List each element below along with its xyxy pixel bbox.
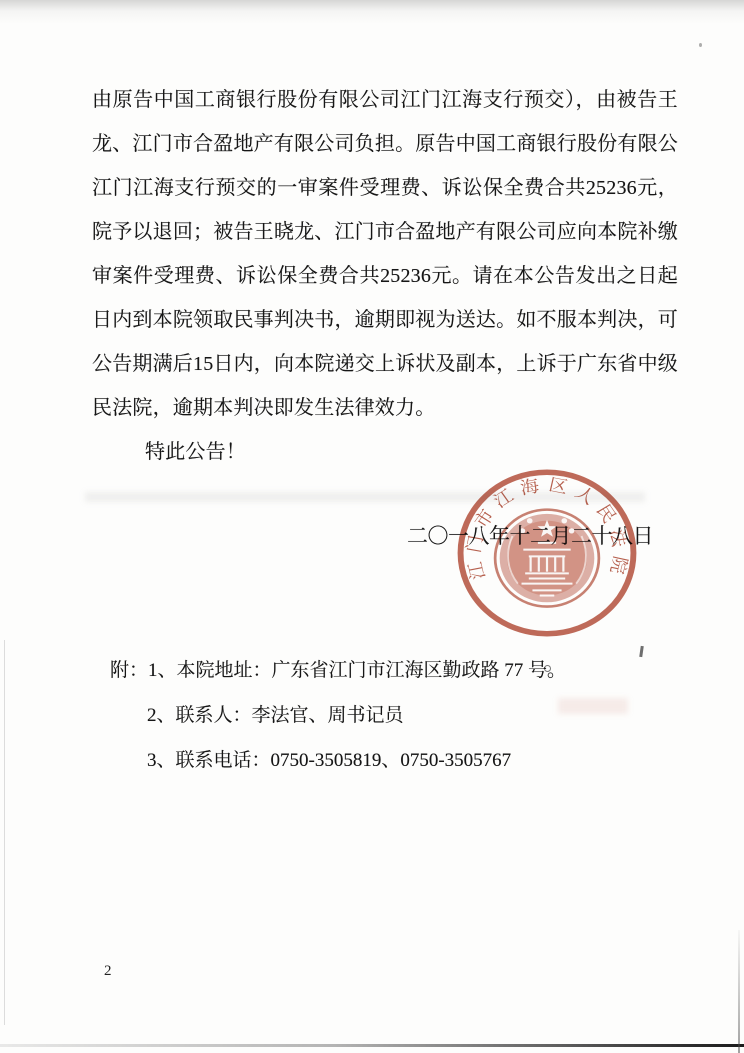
scan-shadow-top xyxy=(0,0,744,24)
attachment-phones: 3、联系电话：0750-3505819、0750-3505767 xyxy=(110,738,566,783)
scan-edge-bottom xyxy=(0,1044,744,1047)
attachment-contacts: 2、联系人：李法官、周书记员 xyxy=(110,693,566,738)
body-line: 日内到本院领取民事判决书，逾期即视为送达。如不服本判决，可在 xyxy=(92,298,678,342)
body-line: 龙、江门市合盈地产有限公司负担。原告中国工商银行股份有限公司 xyxy=(92,122,678,166)
body-line: 公告期满后15日内，向本院递交上诉状及副本，上诉于广东省中级人 xyxy=(92,342,678,386)
announcement-body: 由原告中国工商银行股份有限公司江门江海支行预交），由被告王晓 龙、江门市合盈地产… xyxy=(92,78,678,474)
body-line: 审案件受理费、诉讼保全费合共25236元。请在本公告发出之日起60 xyxy=(92,254,678,298)
scan-edge-left xyxy=(4,640,5,1025)
attachment-block: 附：1、本院地址：广东省江门市江海区勤政路 77 号。 2、联系人：李法官、周书… xyxy=(110,648,566,783)
court-seal: 江门市江海区人民法院 xyxy=(456,468,638,638)
attachment-address: 附：1、本院地址：广东省江门市江海区勤政路 77 号。 xyxy=(110,648,566,693)
body-line: 院予以退回；被告王晓龙、江门市合盈地产有限公司应向本院补缴一 xyxy=(92,210,678,254)
small-star-icon xyxy=(527,518,533,523)
scan-edge-right xyxy=(738,930,740,1053)
scan-speck xyxy=(639,646,644,657)
page-number: 2 xyxy=(104,963,112,980)
body-line: 民法院，逾期本判决即发生法律效力。 xyxy=(92,386,678,430)
body-line: 江门江海支行预交的一审案件受理费、诉讼保全费合共25236元，由本 xyxy=(92,166,678,210)
national-emblem-icon xyxy=(495,510,599,607)
court-seal-svg: 江门市江海区人民法院 xyxy=(456,468,638,638)
small-star-icon xyxy=(520,528,526,533)
scanned-page: 由原告中国工商银行股份有限公司江门江海支行预交），由被告王晓 龙、江门市合盈地产… xyxy=(0,0,744,1053)
body-line: 由原告中国工商银行股份有限公司江门江海支行预交），由被告王晓 xyxy=(92,78,678,122)
scan-speck xyxy=(699,43,702,47)
ink-smudge xyxy=(558,698,628,714)
small-star-icon xyxy=(561,518,567,523)
small-star-icon xyxy=(569,528,575,533)
